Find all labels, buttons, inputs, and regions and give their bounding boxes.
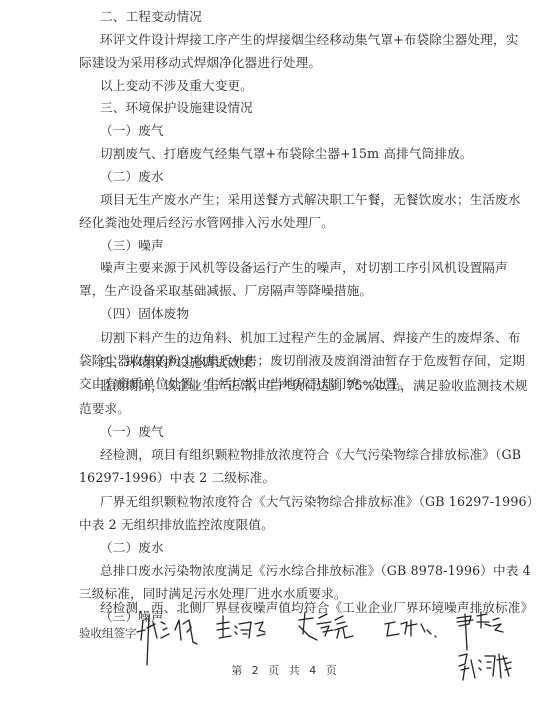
paragraph-line: 经化粪池处理后经污水管网排入污水处理厂。	[79, 215, 334, 231]
heading-project-changes: 二、工程变动情况	[100, 9, 202, 25]
paragraph-line: 噪声主要来源于风机等设备运行产生的噪声，对切割工序引风机设置隔声	[100, 260, 508, 276]
subheading-waste-gas: （一）废气	[100, 123, 164, 139]
paragraph-line: 罩，生产设备采取基础减振、厂房隔声等降噪措施。	[79, 283, 372, 299]
paragraph-line: 经检测，项目有组织颗粒物排放浓度符合《大气污染物综合排放标准》（GB	[100, 447, 521, 463]
subheading-noise: （三）噪声	[100, 238, 164, 254]
paragraph-line: 以上变动不涉及重大变更。	[100, 78, 253, 94]
paragraph-line: 切割下料产生的边角料、机加工过程产生的金属屑、焊接产生的废焊条、布	[100, 330, 521, 346]
paragraph-line: 16297-1996）中表 2 二级标准。	[79, 470, 275, 486]
document-page: 二、工程变动情况 环评文件设计焊接工序产生的焊接烟尘经移动集气罩+布袋除尘器处理…	[0, 0, 551, 703]
signature-1	[137, 616, 197, 665]
signature-2	[217, 616, 265, 638]
handwritten-signatures	[135, 610, 535, 700]
paragraph-line: 厂界无组织颗粒物浓度符合《大气污染物综合排放标准》（GB 16297-1996）	[100, 494, 539, 510]
paragraph-line: 环评文件设计焊接工序产生的焊接烟尘经移动集气罩+布袋除尘器处理，实	[100, 32, 519, 48]
subheading-waste-gas-results: （一）废气	[100, 424, 164, 440]
paragraph-line: 际建设为采用移动式焊烟净化器进行处理。	[79, 55, 321, 71]
subheading-waste-water-results: （二）废水	[100, 540, 164, 556]
paragraph-line: 范要求。	[79, 401, 130, 417]
paragraph-line: 总排口废水污染物浓度满足《污水综合排放标准》（GB 8978-1996）中表 4	[100, 563, 531, 579]
paragraph-line: 项目无生产废水产生；采用送餐方式解决职工午餐，无餐饮废水；生活废水	[100, 192, 521, 208]
signature-5	[457, 612, 503, 650]
signature-3	[299, 612, 353, 640]
signature-label: 验收组签字	[79, 625, 137, 641]
heading-env-debug-results: 四、环境保护设施调试效果	[100, 355, 253, 371]
paragraph-line: 中表 2 无组织排放监控浓度限值。	[79, 517, 274, 533]
heading-env-facilities: 三、环境保护设施建设情况	[100, 100, 253, 116]
paragraph-line: 监测期间，该企业生产正常，生产负荷达到 75%以上，满足验收监测技术规	[100, 378, 528, 394]
page-number: 第 2 页 共 4 页	[0, 662, 551, 678]
paragraph-line: 切割废气、打磨废气经集气罩+布袋除尘器+15m 高排气筒排放。	[100, 146, 473, 162]
subheading-waste-water: （二）废水	[100, 169, 164, 185]
subheading-solid-waste: （四）固体废物	[100, 306, 189, 322]
signature-4	[385, 620, 436, 637]
